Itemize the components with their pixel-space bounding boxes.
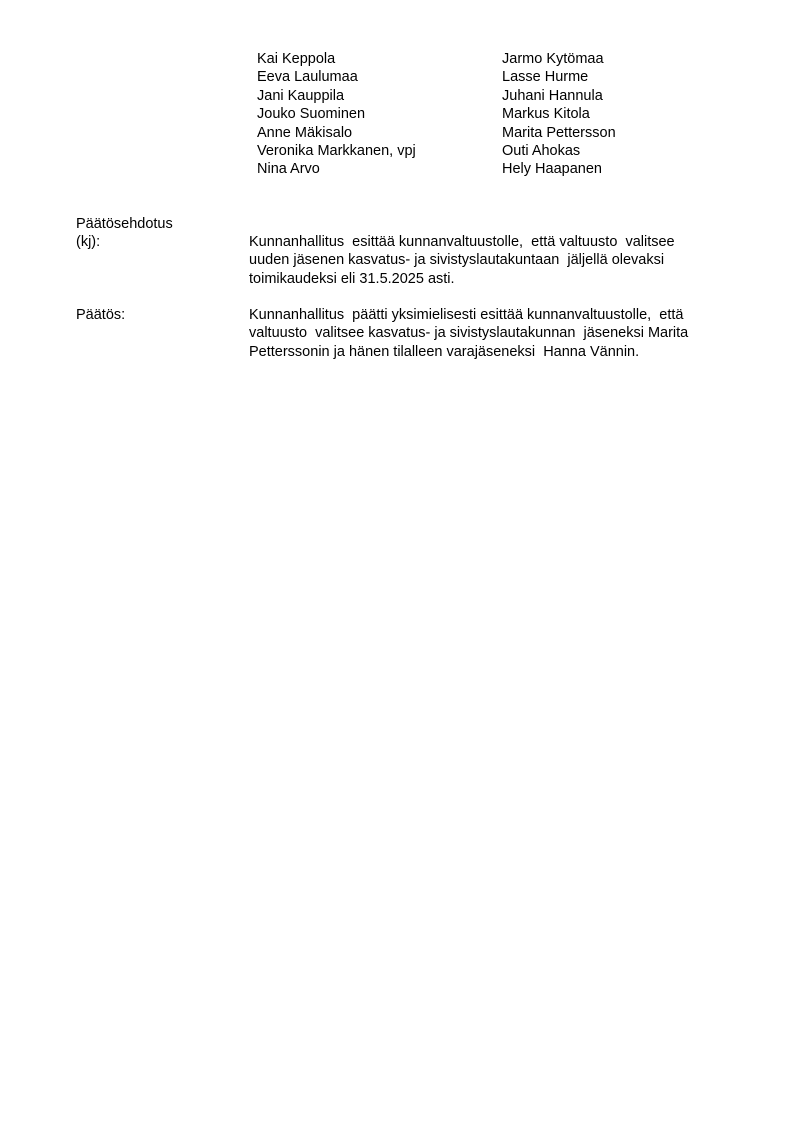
proposal-line: toimikaudeksi eli 31.5.2025 asti. bbox=[249, 270, 739, 288]
member-name: Markus Kitola bbox=[502, 105, 616, 123]
decision-line: valtuusto valitsee kasvatus- ja sivistys… bbox=[249, 324, 739, 342]
member-name: Veronika Markkanen, vpj bbox=[257, 142, 416, 160]
decision-text: Kunnanhallitus päätti yksimielisesti esi… bbox=[249, 306, 739, 361]
proposal-label-line2: (kj): bbox=[76, 233, 100, 251]
proposal-text: Kunnanhallitus esittää kunnanvaltuustoll… bbox=[249, 233, 739, 288]
proposal-line: Kunnanhallitus esittää kunnanvaltuustoll… bbox=[249, 233, 739, 251]
member-name: Kai Keppola bbox=[257, 50, 416, 68]
member-name: Hely Haapanen bbox=[502, 160, 616, 178]
member-name: Jani Kauppila bbox=[257, 87, 416, 105]
member-name: Lasse Hurme bbox=[502, 68, 616, 86]
decision-line: Petterssonin ja hänen tilalleen varajäse… bbox=[249, 343, 739, 361]
decision-line: Kunnanhallitus päätti yksimielisesti esi… bbox=[249, 306, 739, 324]
proposal-label-line1: Päätösehdotus bbox=[76, 215, 173, 233]
member-name: Outi Ahokas bbox=[502, 142, 616, 160]
member-name: Juhani Hannula bbox=[502, 87, 616, 105]
members-list-left: Kai Keppola Eeva Laulumaa Jani Kauppila … bbox=[257, 50, 416, 179]
member-name: Marita Pettersson bbox=[502, 124, 616, 142]
member-name: Nina Arvo bbox=[257, 160, 416, 178]
member-name: Anne Mäkisalo bbox=[257, 124, 416, 142]
member-name: Jouko Suominen bbox=[257, 105, 416, 123]
proposal-line: uuden jäsenen kasvatus- ja sivistyslauta… bbox=[249, 251, 739, 269]
member-name: Jarmo Kytömaa bbox=[502, 50, 616, 68]
decision-label: Päätös: bbox=[76, 306, 125, 324]
member-name: Eeva Laulumaa bbox=[257, 68, 416, 86]
members-list-right: Jarmo Kytömaa Lasse Hurme Juhani Hannula… bbox=[502, 50, 616, 179]
